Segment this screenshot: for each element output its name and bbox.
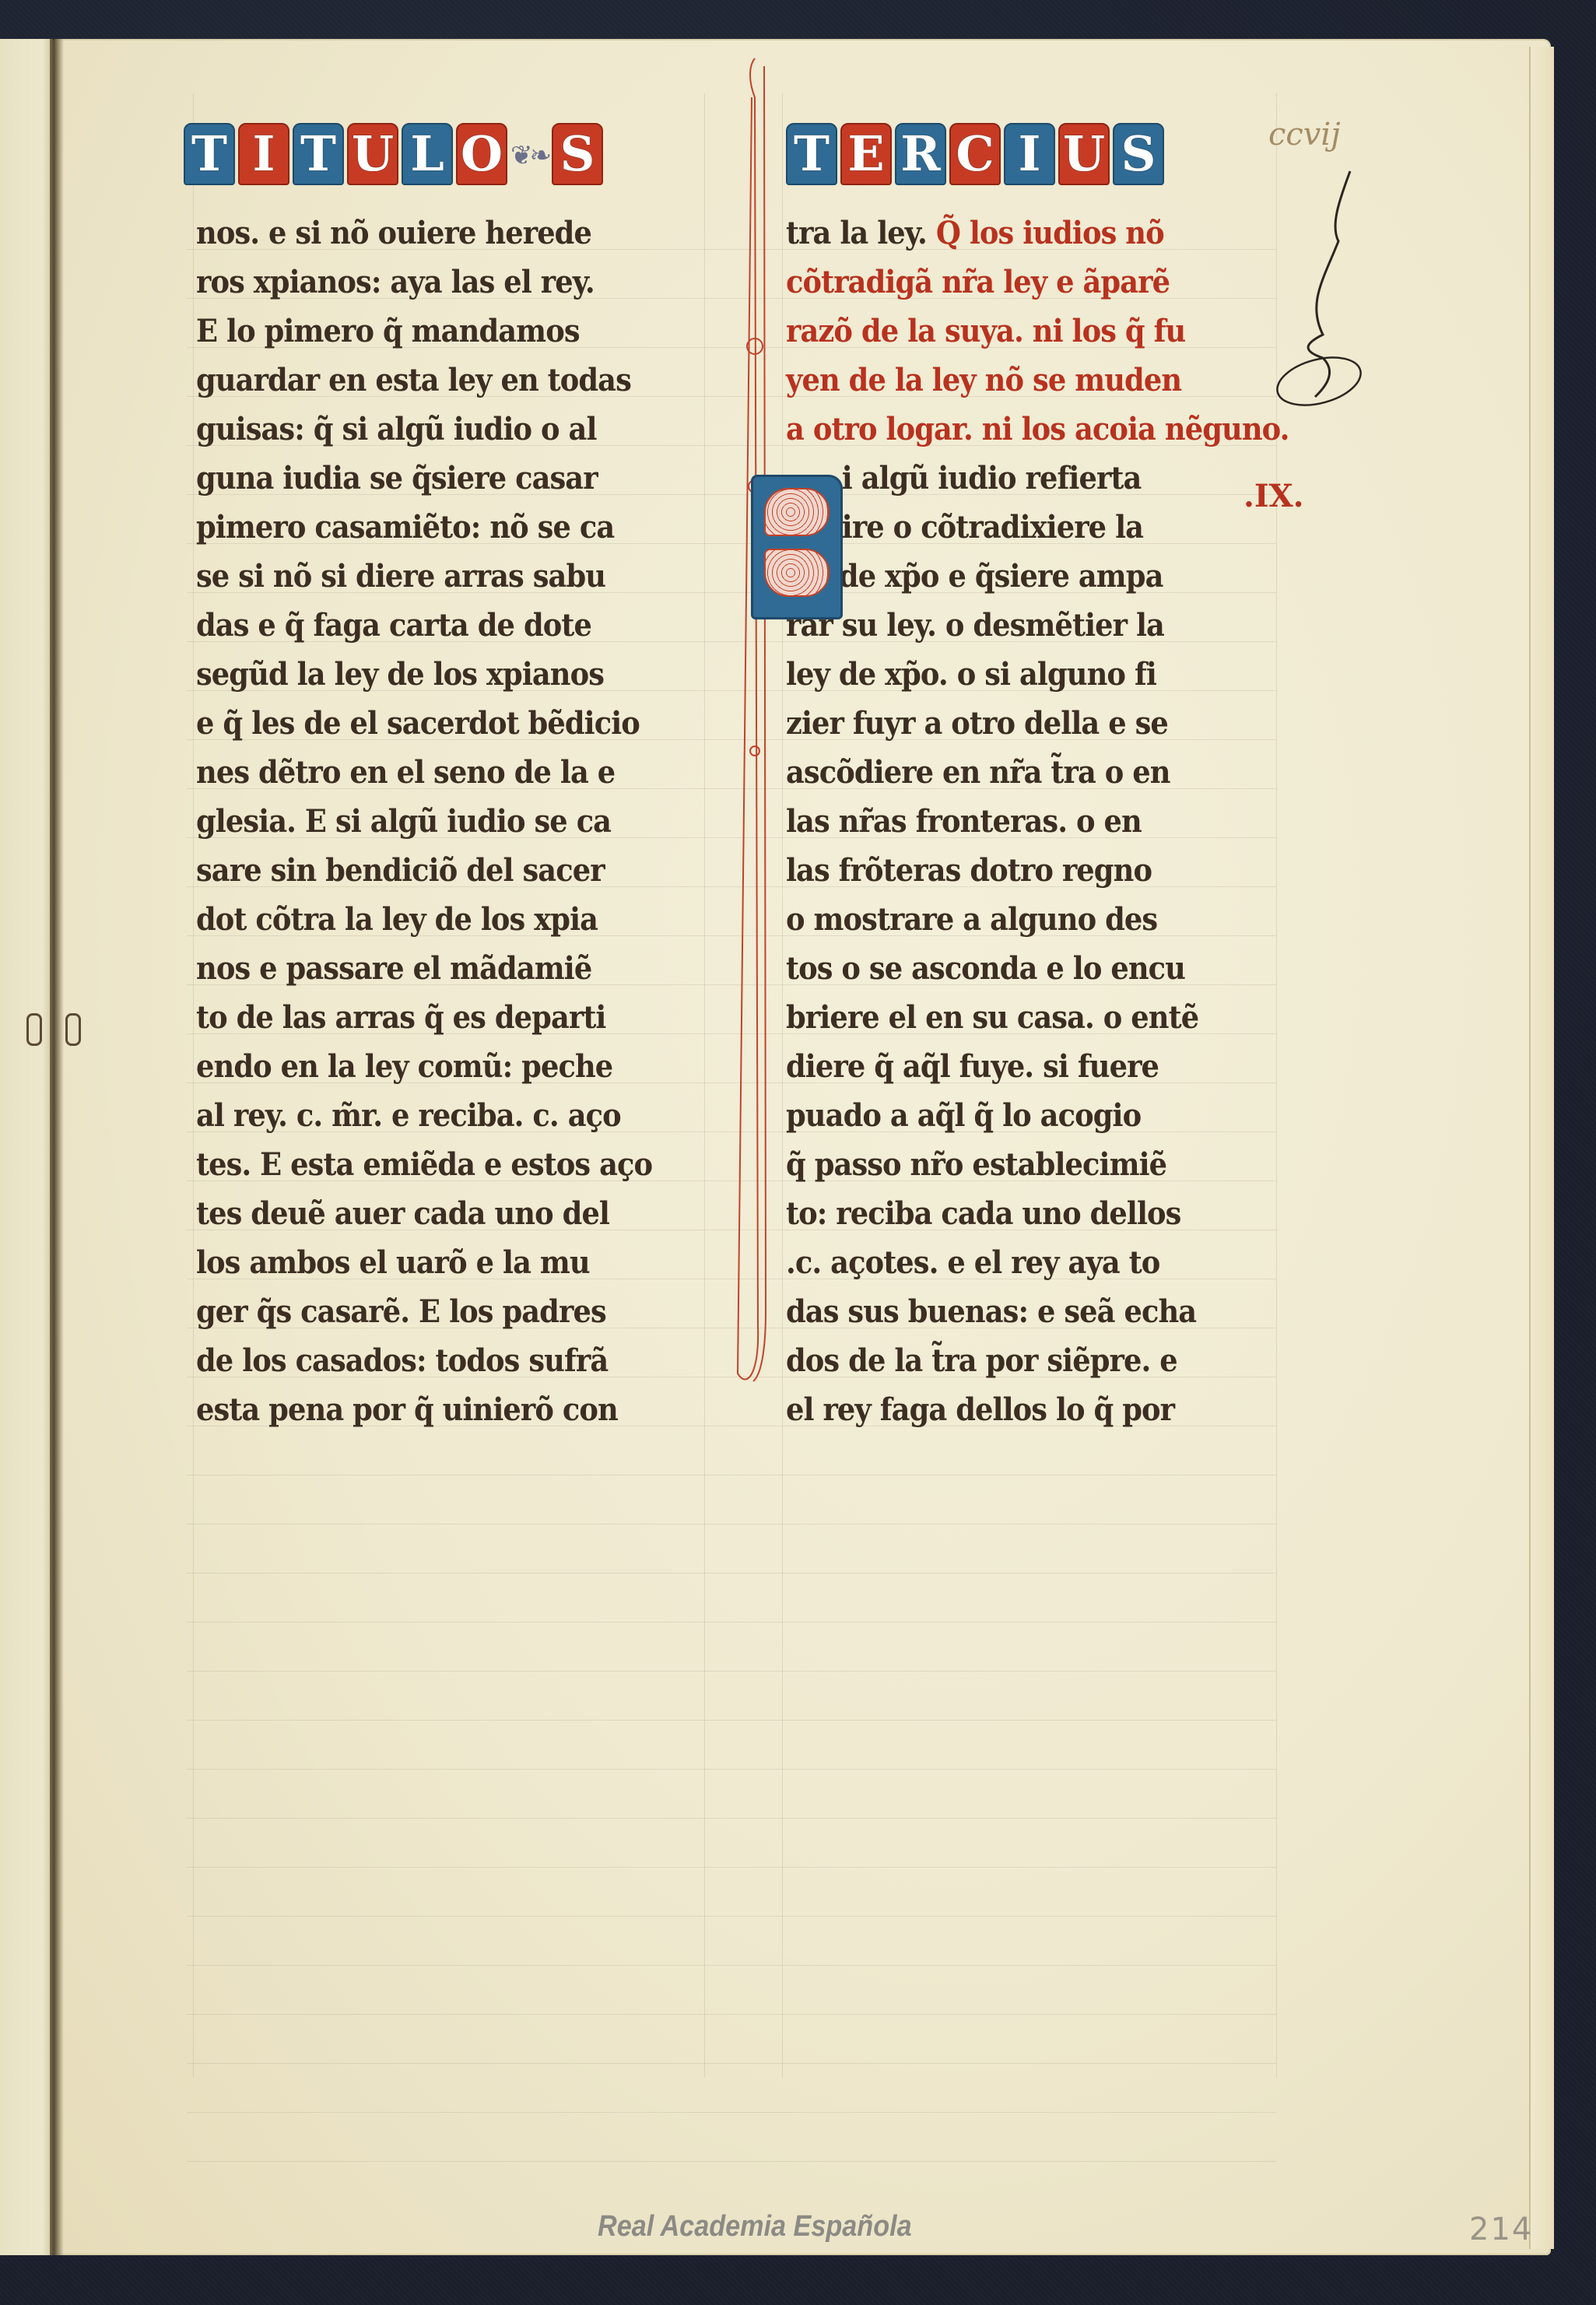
- text-line: .c. açotes. e el rey aya to: [786, 1238, 1229, 1287]
- pen-flourish-icon: [731, 51, 778, 1405]
- text-line: rar su ley. o desmẽtier la: [786, 601, 1229, 650]
- text-line: briere el en su casa. o entẽ: [786, 993, 1229, 1042]
- text-line: se si nõ si diere arras sabu: [196, 552, 668, 601]
- page-fore-edge: [1529, 47, 1554, 2249]
- text-line: i algũ iudio refierta: [786, 454, 1229, 503]
- text-line: las frõteras dotro regno: [786, 846, 1229, 895]
- rubric-line: cõtradigã nr̃a ley e ãparẽ: [786, 258, 1229, 307]
- text-line: dot cõtra la ley de los xpia: [196, 895, 668, 944]
- heading-letter: I: [1004, 123, 1055, 185]
- text-line: E lo pimero q̃ mandamos: [196, 307, 668, 356]
- text-line: al rey. c. m̃r. e reciba. c. aço: [196, 1091, 668, 1140]
- text-line: nes dẽtro en el seno de la e: [196, 748, 668, 797]
- rubric-text: Q̃ los iudios nõ: [936, 215, 1164, 251]
- text-line: guna iudia se q̃siere casar: [196, 454, 668, 503]
- ruling-line: [187, 2161, 1276, 2162]
- heading-letter: T: [184, 123, 235, 185]
- text-line: ros xpianos: aya las el rey.: [196, 258, 668, 307]
- watermark: Real Academia Española: [598, 2210, 912, 2244]
- heading-letter: S: [552, 123, 603, 185]
- initial-letter: S: [753, 477, 840, 617]
- binding-gutter: [50, 39, 64, 2255]
- ruling-line: [187, 1573, 1276, 1574]
- ruling-vertical: [782, 93, 783, 2078]
- ruling-line: [187, 1867, 1276, 1868]
- heading-letter: C: [949, 123, 1001, 185]
- marginal-folio-note: ccvij: [1268, 117, 1341, 153]
- text-line: de los casados: todos sufrã: [196, 1336, 668, 1385]
- heading-letter: E: [840, 123, 892, 185]
- ruling-line: [187, 2014, 1276, 2015]
- text-column-left: nos. e si nõ ouiere herede ros xpianos: …: [196, 209, 710, 1434]
- heading-letter: I: [238, 123, 289, 185]
- running-heading-right: T E R C I U S: [786, 115, 1164, 185]
- text-line: ascõdiere en nr̃a t̃ra o en: [786, 748, 1229, 797]
- text-line: das sus buenas: e seã echa: [786, 1287, 1229, 1336]
- ruling-line: [187, 1916, 1276, 1917]
- rubric-line: razõ de la suya. ni los q̃ fu: [786, 307, 1229, 356]
- heading-letter: U: [347, 123, 398, 185]
- text-line: segũd la ley de los xpianos: [196, 650, 668, 699]
- text-line: das e q̃ faga carta de dote: [196, 601, 668, 650]
- heading-letter: U: [1058, 123, 1110, 185]
- chapter-number: .IX.: [1243, 478, 1304, 514]
- text-line: ley de xp̃o e q̃siere ampa: [786, 552, 1229, 601]
- text-line: tes. E esta emiẽda e estos aço: [196, 1140, 668, 1189]
- text-line: esta pena por q̃ uinierõ con: [196, 1385, 668, 1434]
- text-line: tos o se asconda e lo encu: [786, 944, 1229, 993]
- heading-letter: T: [786, 123, 837, 185]
- margin-mark-right: [65, 1013, 81, 1046]
- text-line: los ambos el uarõ e la mu: [196, 1238, 668, 1287]
- ruling-line: [187, 1720, 1276, 1721]
- text-line: e q̃ les de el sacerdot bẽdicio: [196, 699, 668, 748]
- rubric-line: yen de la ley nõ se muden: [786, 356, 1229, 405]
- text-line: endo en la ley comũ: peche: [196, 1042, 668, 1091]
- heading-letter: O: [456, 123, 507, 185]
- ruling-line: [187, 1671, 1276, 1672]
- text-line: to: reciba cada uno dellos: [786, 1189, 1229, 1238]
- text-line: sare sin bendiciõ del sacer: [196, 846, 668, 895]
- text-line: nos e passare el mãdamiẽ: [196, 944, 668, 993]
- filigree-ornament-icon: ❦❧: [510, 126, 549, 185]
- text-line: tes deuẽ auer cada uno del: [196, 1189, 668, 1238]
- ruling-line: [187, 1622, 1276, 1623]
- text-line: ger q̃s casarẽ. E los padres: [196, 1287, 668, 1336]
- text-line: q̃ passo nr̃o establecimiẽ: [786, 1140, 1229, 1189]
- text-line: ley de xp̃o. o si alguno fi: [786, 650, 1229, 699]
- text-line: tra la ley. Q̃ los iudios nõ: [786, 209, 1229, 258]
- text-line: o mostrare a alguno des: [786, 895, 1229, 944]
- ruling-line: [187, 2063, 1276, 2064]
- heading-letter: S: [1113, 123, 1164, 185]
- ruling-line: [187, 1965, 1276, 1966]
- text-line: ire o cõtradixiere la: [786, 503, 1229, 552]
- text-line: diere q̃ aq̃l fuye. si fuere: [786, 1042, 1229, 1091]
- ruling-line: [187, 1769, 1276, 1770]
- text-line: dos de la t̃ra por siẽpre. e: [786, 1336, 1229, 1385]
- text-column-right: tra la ley. Q̃ los iudios nõ cõtradigã n…: [786, 209, 1268, 1434]
- ruling-line: [187, 1524, 1276, 1524]
- decorated-initial-s: S: [751, 475, 843, 619]
- running-heading-left: T I T U L O ❦❧ S: [184, 115, 603, 185]
- signature-flourish-icon: [1276, 156, 1370, 412]
- text-segment: tra la ley.: [786, 215, 936, 251]
- text-line: to de las arras q̃ es departi: [196, 993, 668, 1042]
- heading-letter: T: [293, 123, 344, 185]
- text-line: guardar en esta ley en todas: [196, 356, 668, 405]
- text-line: las nr̃as fronteras. o en: [786, 797, 1229, 846]
- text-line: guisas: q̃ si algũ iudio o al: [196, 405, 668, 454]
- text-line: glesia. E si algũ iudio se ca: [196, 797, 668, 846]
- text-line: pimero casamiẽto: nõ se ca: [196, 503, 668, 552]
- previous-page-edge: [0, 39, 53, 2255]
- text-line: el rey faga dellos lo q̃ por: [786, 1385, 1229, 1434]
- ruling-line: [187, 1818, 1276, 1819]
- heading-letter: L: [402, 123, 453, 185]
- ruling-line: [187, 1475, 1276, 1475]
- rubric-line: a otro logar. ni los acoia nẽguno.: [786, 405, 1229, 454]
- text-line: puado a aq̃l q̃ lo acogio: [786, 1091, 1229, 1140]
- heading-letter: R: [895, 123, 946, 185]
- ruling-vertical: [193, 93, 194, 2078]
- ruling-line: [187, 2112, 1276, 2113]
- page-number: 214: [1469, 2212, 1533, 2247]
- text-line: zier fuyr a otro della e se: [786, 699, 1229, 748]
- margin-mark-left: [26, 1013, 42, 1046]
- text-line: nos. e si nõ ouiere herede: [196, 209, 668, 258]
